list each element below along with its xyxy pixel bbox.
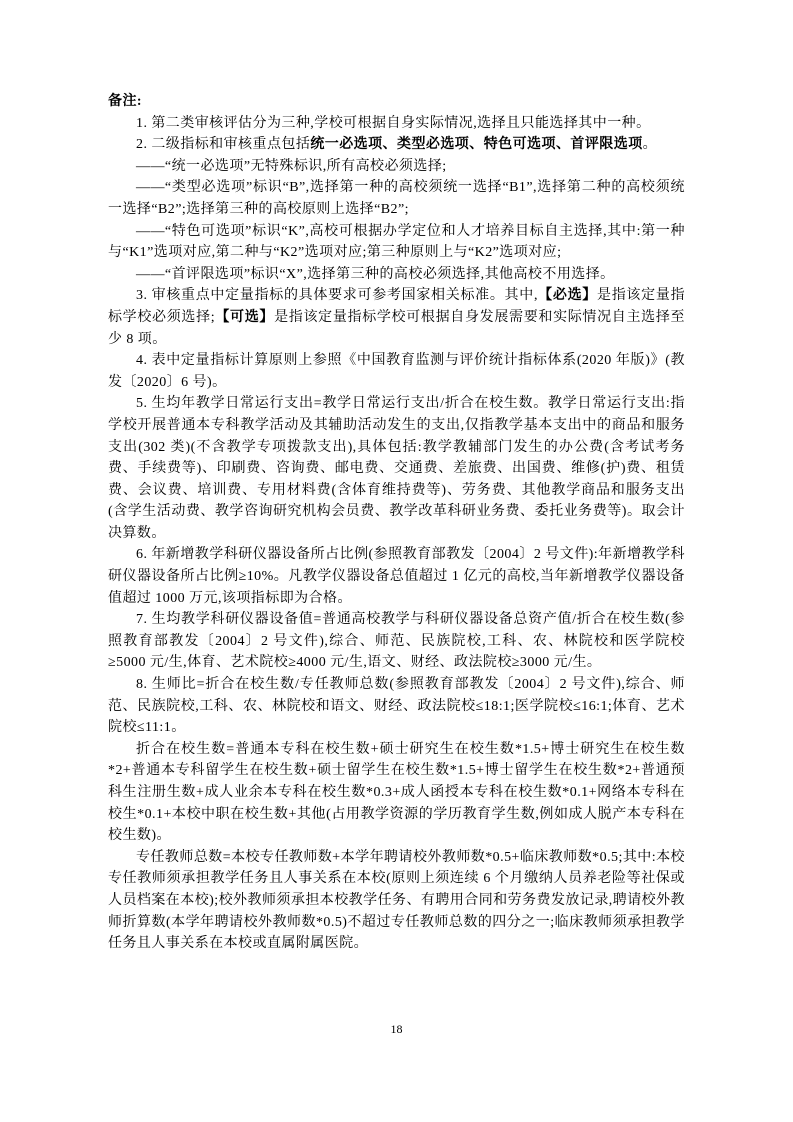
text-run: 8. 生师比=折合在校生数/专任教师总数(参照教育部教发〔2004〕2 号文件)…: [108, 677, 685, 735]
text-run: 2. 二级指标和审核重点包括: [136, 137, 310, 152]
note-2-dash-4: ——“首评限选项”标识“X”,选择第三种的高校必须选择,其他高校不用选择。: [108, 264, 685, 286]
bold-text-run: 【可选】: [215, 310, 274, 325]
bold-text-run: 备注:: [108, 94, 142, 109]
text-run: 7. 生均教学科研仪器设备值=普通高校教学与科研仪器设备总资产值/折合在校生数(…: [108, 612, 685, 670]
note-3: 3. 审核重点中定量指标的具体要求可参考国家相关标准。其中,【必选】是指该定量指…: [108, 285, 685, 350]
text-run: 5. 生均年教学日常运行支出=教学日常运行支出/折合在校生数。教学日常运行支出:…: [108, 396, 685, 541]
text-run: ——“统一必选项”无特殊标识,所有高校必须选择;: [136, 159, 447, 174]
note-8-sub-2: 专任教师总数=本校专任教师数+本学年聘请校外教师数*0.5+临床教师数*0.5;…: [108, 847, 685, 955]
text-run: ——“类型必选项”标识“B”,选择第一种的高校须统一选择“B1”,选择第二种的高…: [108, 180, 685, 217]
note-6: 6. 年新增教学科研仪器设备所占比例(参照教育部教发〔2004〕2 号文件):年…: [108, 544, 685, 609]
page-number: 18: [0, 1022, 793, 1037]
text-run: ——“特色可选项”标识“K”,高校可根据办学定位和人才培养目标自主选择,其中:第…: [108, 224, 685, 261]
text-run: 专任教师总数=本校专任教师数+本学年聘请校外教师数*0.5+临床教师数*0.5;…: [108, 850, 685, 951]
text-run: 3. 审核重点中定量指标的具体要求可参考国家相关标准。其中,: [136, 288, 538, 303]
notes-section: 备注:1. 第二类审核评估分为三种,学校可根据自身实际情况,选择且只能选择其中一…: [108, 91, 685, 955]
note-7: 7. 生均教学科研仪器设备值=普通高校教学与科研仪器设备总资产值/折合在校生数(…: [108, 609, 685, 674]
note-2: 2. 二级指标和审核重点包括统一必选项、类型必选项、特色可选项、首评限选项。: [108, 134, 685, 156]
notes-heading: 备注:: [108, 91, 685, 113]
note-8-sub-1: 折合在校生数=普通本专科在校生数+硕士研究生在校生数*1.5+博士研究生在校生数…: [108, 739, 685, 847]
text-run: ——“首评限选项”标识“X”,选择第三种的高校必须选择,其他高校不用选择。: [136, 267, 615, 282]
bold-text-run: 统一必选项、类型必选项、特色可选项、首评限选项: [310, 137, 642, 152]
note-2-dash-2: ——“类型必选项”标识“B”,选择第一种的高校须统一选择“B1”,选择第二种的高…: [108, 177, 685, 220]
note-1: 1. 第二类审核评估分为三种,学校可根据自身实际情况,选择且只能选择其中一种。: [108, 113, 685, 135]
text-run: 折合在校生数=普通本专科在校生数+硕士研究生在校生数*1.5+博士研究生在校生数…: [108, 742, 685, 843]
text-run: 4. 表中定量指标计算原则上参照《中国教育监测与评价统计指标体系(2020 年版…: [108, 353, 685, 390]
document-page: 备注:1. 第二类审核评估分为三种,学校可根据自身实际情况,选择且只能选择其中一…: [0, 0, 793, 1122]
note-8: 8. 生师比=折合在校生数/专任教师总数(参照教育部教发〔2004〕2 号文件)…: [108, 674, 685, 739]
note-2-dash-3: ——“特色可选项”标识“K”,高校可根据办学定位和人才培养目标自主选择,其中:第…: [108, 221, 685, 264]
note-5: 5. 生均年教学日常运行支出=教学日常运行支出/折合在校生数。教学日常运行支出:…: [108, 393, 685, 544]
text-run: 。: [643, 137, 657, 152]
bold-text-run: 【必选】: [538, 288, 597, 303]
note-4: 4. 表中定量指标计算原则上参照《中国教育监测与评价统计指标体系(2020 年版…: [108, 350, 685, 393]
note-2-dash-1: ——“统一必选项”无特殊标识,所有高校必须选择;: [108, 156, 685, 178]
text-run: 6. 年新增教学科研仪器设备所占比例(参照教育部教发〔2004〕2 号文件):年…: [108, 547, 685, 605]
text-run: 1. 第二类审核评估分为三种,学校可根据自身实际情况,选择且只能选择其中一种。: [136, 116, 651, 131]
